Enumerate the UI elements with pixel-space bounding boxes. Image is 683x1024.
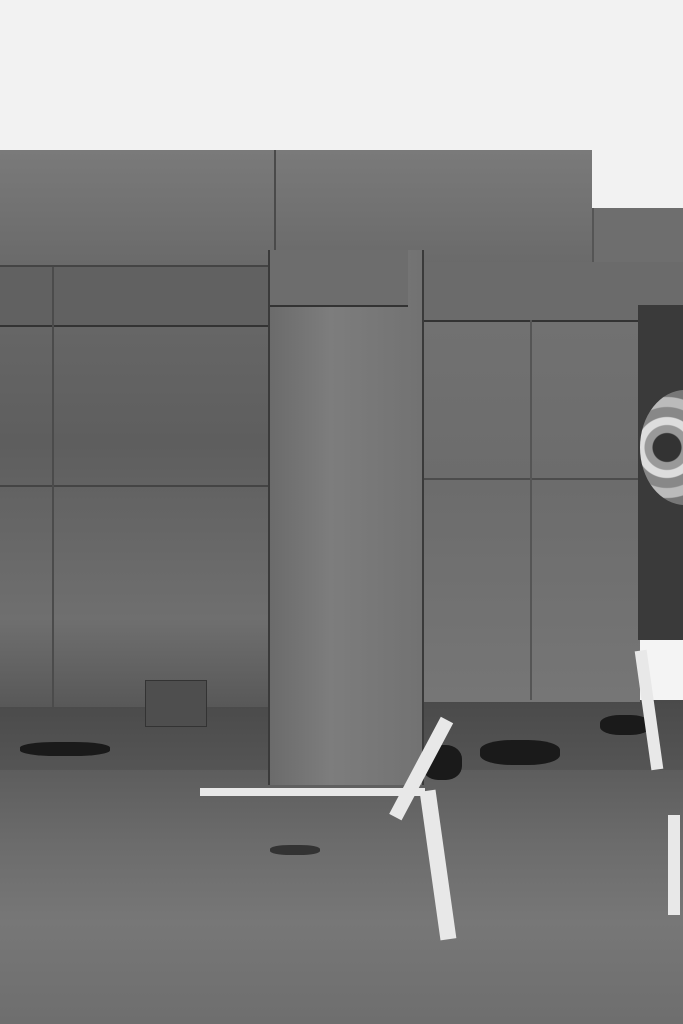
wall-left-vseam	[52, 267, 54, 707]
puddle	[480, 740, 560, 765]
wall-right-vseam	[530, 320, 532, 700]
puddle	[20, 742, 110, 756]
parking-line	[200, 788, 425, 796]
sky-right	[592, 150, 683, 208]
wall-right	[408, 262, 640, 702]
sky	[0, 0, 683, 150]
puddle	[270, 845, 320, 855]
wall-right-seam	[412, 478, 640, 480]
wall-left-seam	[0, 485, 270, 487]
wall-left-band	[0, 267, 270, 327]
wall-left	[0, 267, 270, 707]
pillar	[268, 250, 424, 785]
wall-top-seam	[274, 150, 276, 265]
parking-line	[668, 815, 680, 915]
concrete-block	[145, 680, 207, 727]
puddle	[600, 715, 650, 735]
wall-top-right	[592, 208, 683, 265]
ground	[0, 770, 683, 1024]
photo-scene	[0, 0, 683, 1024]
pillar-band	[270, 250, 408, 307]
